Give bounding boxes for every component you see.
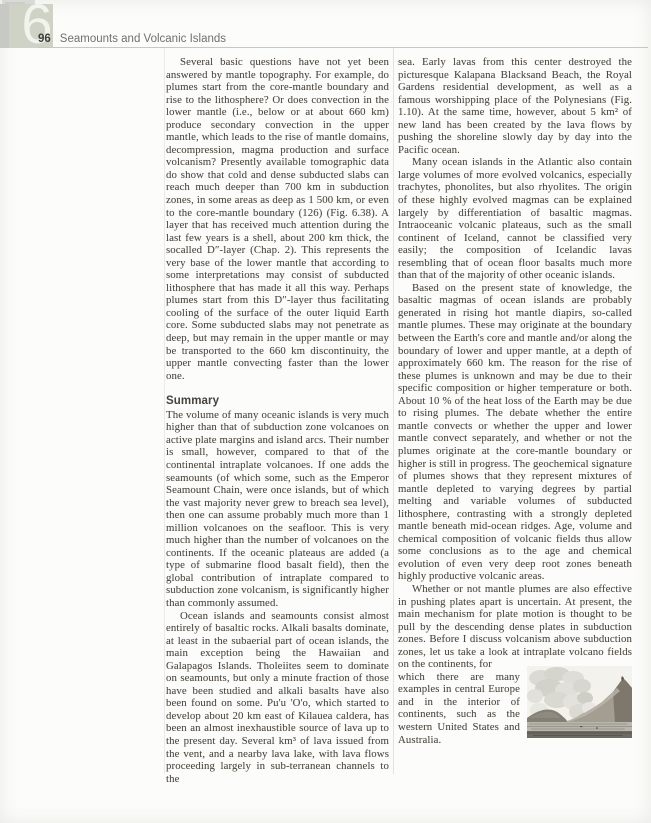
left-column: Several basic questions have not yet bee… [166,56,389,785]
right-column: sea. Early lavas from this center destro… [398,56,632,746]
paragraph-mantle-plumes: Based on the present state of knowledge,… [398,282,632,583]
book-page: 6 96Seamounts and Volcanic Islands Sever… [0,0,651,823]
paragraph-plate-motion-lead: Whether or not mantle plumes are also ef… [398,583,632,671]
header-rule [38,47,648,48]
paragraph-summary-volume: The volume of many oceanic islands is ve… [166,409,389,610]
paragraph-kalapana: sea. Early lavas from this center destro… [398,56,632,156]
page-header: 96Seamounts and Volcanic Islands [38,33,618,45]
column-divider-line [393,48,394,774]
text-figure-row: which there are many examples in central… [398,671,632,746]
chapter-tab-strip [0,4,9,48]
volcano-engraving-figure [527,666,632,738]
paragraph-mantle-questions: Several basic questions have not yet bee… [166,56,389,382]
volcano-engraving-image [527,666,632,738]
paragraph-atlantic-islands: Many ocean islands in the Atlantic also … [398,156,632,281]
page-number: 96 [38,33,51,45]
paragraph-plate-motion-wrap: which there are many examples in central… [398,671,520,746]
running-title: Seamounts and Volcanic Islands [60,33,226,45]
summary-heading: Summary [166,395,389,408]
text-block-edge-line [164,48,165,774]
paragraph-ocean-islands-basalt: Ocean islands and seamounts consist almo… [166,610,389,786]
